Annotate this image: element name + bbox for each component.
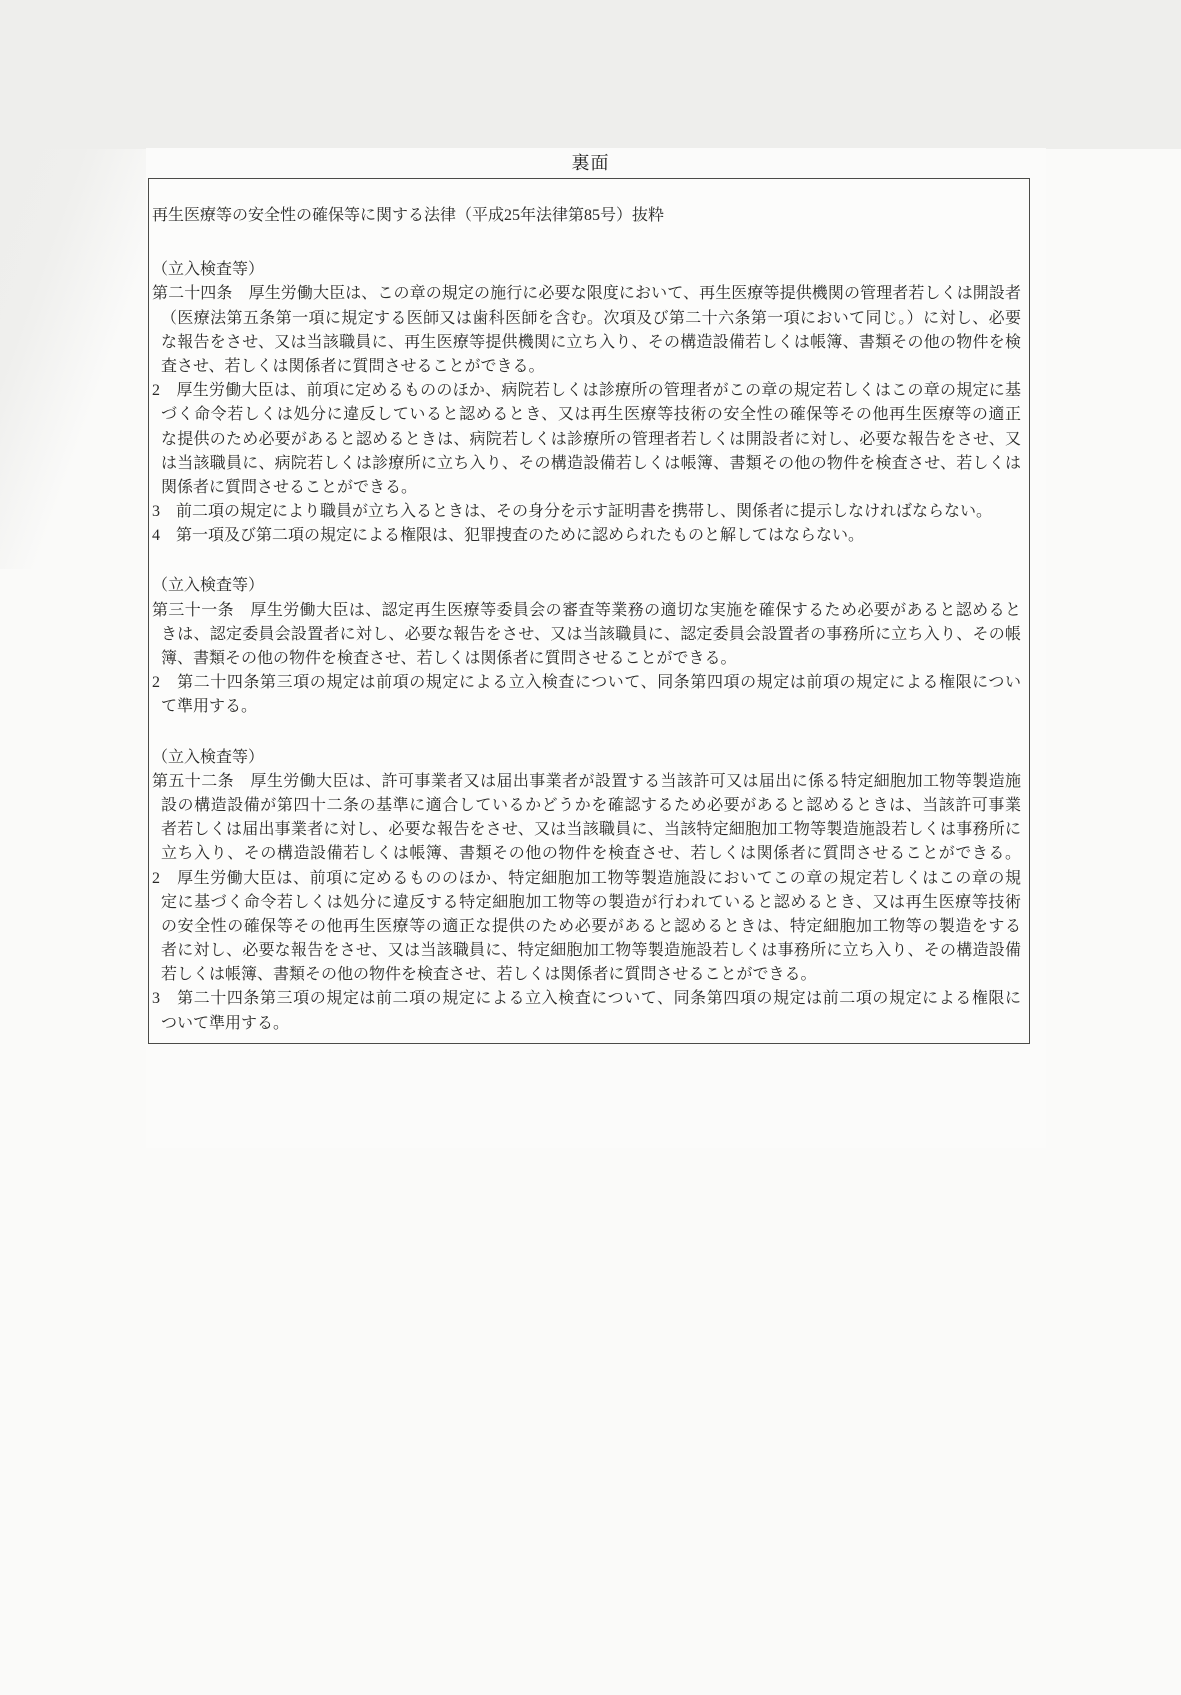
text-line: 2 厚生労働大臣は、前項に定めるもののほか、特定細胞加工物等製造施設においてこの…: [152, 867, 1021, 891]
text-line: 簿、書類その他の物件を検査させ、若しくは関係者に質問させることができる。: [152, 647, 1021, 671]
text-line: 定に基づく命令若しくは処分に違反する特定細胞加工物等の製造が行われていると認める…: [152, 891, 1021, 915]
text-line: て準用する。: [152, 695, 1021, 719]
section-heading: （立入検査等）: [152, 574, 1021, 598]
section-article-24: （立入検査等） 第二十四条 厚生労働大臣は、この章の規定の施行に必要な限度におい…: [152, 258, 1021, 548]
text-line: な提供のため必要があると認めるときは、病院若しくは診療所の管理者若しくは開設者に…: [152, 428, 1021, 452]
text-line: 者若しくは届出事業者に対し、必要な報告をさせ、又は当該職員に、当該特定細胞加工物…: [152, 818, 1021, 842]
law-title-line: 再生医療等の安全性の確保等に関する法律（平成25年法律第85号）抜粋: [152, 204, 1021, 228]
text-line: 関係者に質問させることができる。: [152, 476, 1021, 500]
text-line: ついて準用する。: [152, 1012, 1021, 1036]
document-frame: 再生医療等の安全性の確保等に関する法律（平成25年法律第85号）抜粋 （立入検査…: [148, 178, 1030, 1044]
text-line: 3 前二項の規定により職員が立ち入るときは、その身分を示す証明書を携帯し、関係者…: [152, 500, 1021, 524]
scanner-background-wedge: [0, 149, 150, 569]
text-line: の安全性の確保等その他再生医療等の適正な提供のため必要があると認めるときは、特定…: [152, 915, 1021, 939]
section-heading: （立入検査等）: [152, 746, 1021, 770]
text-line: 者に対し、必要な報告をさせ、又は当該職員に、特定細胞加工物等製造施設若しくは事務…: [152, 939, 1021, 963]
scanned-page: 裏面 再生医療等の安全性の確保等に関する法律（平成25年法律第85号）抜粋 （立…: [0, 0, 1181, 1695]
text-line: 3 第二十四条第三項の規定は前二項の規定による立入検査について、同条第四項の規定…: [152, 987, 1021, 1011]
text-line: 2 厚生労働大臣は、前項に定めるもののほか、病院若しくは診療所の管理者がこの章の…: [152, 379, 1021, 403]
text-line: 設の構造設備が第四十二条の基準に適合しているかどうかを確認するため必要があると認…: [152, 794, 1021, 818]
text-line: 若しくは帳簿、書類その他の物件を検査させ、若しくは関係者に質問させることができる…: [152, 963, 1021, 987]
text-line: 第二十四条 厚生労働大臣は、この章の規定の施行に必要な限度において、再生医療等提…: [152, 282, 1021, 306]
section-article-52: （立入検査等） 第五十二条 厚生労働大臣は、許可事業者又は届出事業者が設置する当…: [152, 746, 1021, 1036]
text-line: （医療法第五条第一項に規定する医師又は歯科医師を含む。次項及び第二十六条第一項に…: [152, 307, 1021, 331]
text-line: きは、認定委員会設置者に対し、必要な報告をさせ、又は当該職員に、認定委員会設置者…: [152, 623, 1021, 647]
text-line: 査させ、若しくは関係者に質問させることができる。: [152, 355, 1021, 379]
text-line: 2 第二十四条第三項の規定は前項の規定による立入検査について、同条第四項の規定は…: [152, 671, 1021, 695]
scanner-background-band: [0, 0, 1181, 149]
text-line: 第五十二条 厚生労働大臣は、許可事業者又は届出事業者が設置する当該許可又は届出に…: [152, 770, 1021, 794]
section-heading: （立入検査等）: [152, 258, 1021, 282]
page-side-label: 裏面: [0, 151, 1181, 175]
text-line: は当該職員に、病院若しくは診療所に立ち入り、その構造設備若しくは帳簿、書類その他…: [152, 452, 1021, 476]
section-article-31: （立入検査等） 第三十一条 厚生労働大臣は、認定再生医療等委員会の審査等業務の適…: [152, 574, 1021, 719]
text-line: な報告をさせ、又は当該職員に、再生医療等提供機関に立ち入り、その構造設備若しくは…: [152, 331, 1021, 355]
text-line: づく命令若しくは処分に違反していると認めるとき、又は再生医療等技術の安全性の確保…: [152, 403, 1021, 427]
text-line: 4 第一項及び第二項の規定による権限は、犯罪捜査のために認められたものと解しては…: [152, 524, 1021, 548]
text-line: 立ち入り、その構造設備若しくは帳簿、書類その他の物件を検査させ、若しくは関係者に…: [152, 842, 1021, 866]
text-line: 第三十一条 厚生労働大臣は、認定再生医療等委員会の審査等業務の適切な実施を確保す…: [152, 599, 1021, 623]
